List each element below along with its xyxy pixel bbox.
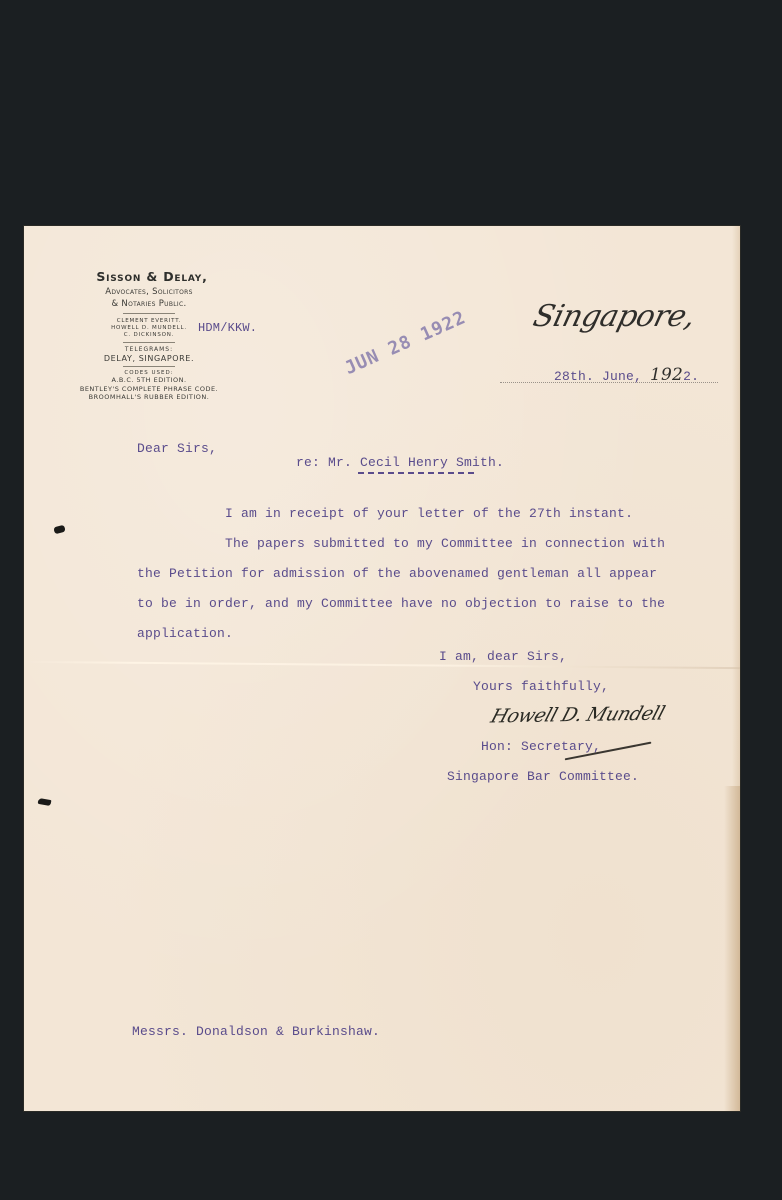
codes-list: A.B.C. 5TH EDITION. BENTLEY'S COMPLETE P… [64, 376, 234, 402]
date-typed: 28th. June, [554, 369, 650, 384]
letter-date: 28th. June, 1922. [554, 365, 699, 385]
addressee: Messrs. Donaldson & Burkinshaw. [132, 1024, 380, 1039]
body-line: the Petition for admission of the aboven… [137, 559, 657, 589]
received-stamp: JUN 28 1922 [342, 307, 470, 379]
paper-crease [24, 661, 740, 669]
reference-code: HDM/KKW. [198, 321, 257, 335]
punch-hole-mark [53, 525, 65, 535]
body-line: The papers submitted to my Committee in … [225, 529, 665, 559]
telegrams-label: TELEGRAMS: [64, 346, 234, 353]
paper-stain [732, 226, 740, 786]
paper-stain [724, 786, 740, 1111]
firm-profession: Advocates, Solicitors & Notaries Public. [64, 286, 234, 310]
divider [123, 342, 175, 343]
code-item: A.B.C. 5TH EDITION. [64, 376, 234, 385]
salutation: Dear Sirs, [137, 441, 217, 456]
signatory-title: Hon: Secretary, [481, 739, 601, 754]
code-item: BROOMHALL'S RUBBER EDITION. [64, 393, 234, 402]
code-item: BENTLEY'S COMPLETE PHRASE CODE. [64, 385, 234, 394]
signatory-organization: Singapore Bar Committee. [447, 769, 639, 784]
body-line: application. [137, 619, 233, 649]
firm-name: Sisson & Delay, [70, 269, 234, 284]
closing-line: I am, dear Sirs, [439, 649, 567, 664]
profession-line: Advocates, Solicitors [64, 286, 234, 298]
telegrams-address: DELAY, SINGAPORE. [64, 354, 234, 363]
letterhead: Sisson & Delay, Advocates, Solicitors & … [64, 269, 234, 402]
punch-hole-mark [38, 798, 52, 806]
profession-line: & Notaries Public. [64, 298, 234, 310]
handwritten-signature: Howell D. Mundell [488, 703, 667, 728]
divider [123, 366, 175, 367]
closing-line: Yours faithfully, [473, 679, 609, 694]
subject-line: re: Mr. Cecil Henry Smith. [296, 455, 504, 470]
letter-page: Sisson & Delay, Advocates, Solicitors & … [24, 226, 740, 1111]
divider [123, 313, 175, 314]
place-heading: Singapore, [530, 299, 699, 334]
body-line: to be in order, and my Committee have no… [137, 589, 665, 619]
date-year-typed: 2. [683, 369, 699, 384]
subject-underline [358, 472, 474, 474]
date-year-printed: 192 [650, 365, 683, 385]
body-line: I am in receipt of your letter of the 27… [225, 499, 633, 529]
